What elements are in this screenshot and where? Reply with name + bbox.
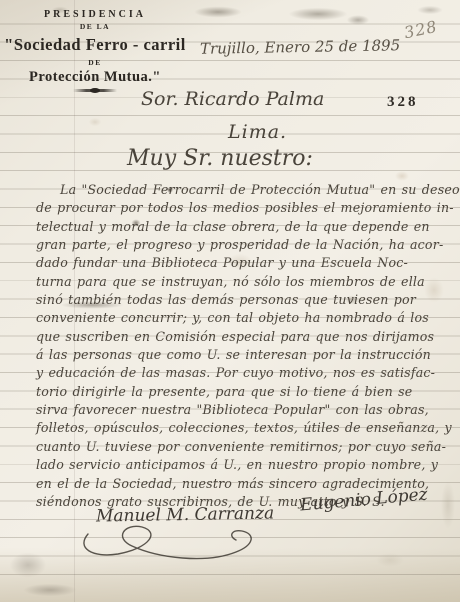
body-line: y educación de las masas. Por cuyo motiv…: [36, 364, 454, 382]
stamp-page-number: 328: [387, 94, 419, 111]
letter-body: La "Sociedad Ferrocarril de Protección M…: [36, 181, 454, 511]
body-line: cuanto U. tuviese por conveniente remiti…: [36, 438, 454, 456]
body-line: conveniente concurrir; y, con tal objeto…: [36, 309, 454, 327]
body-line: á las personas que como U. se interesan …: [36, 346, 454, 364]
body-line: de procurar por todos los medios posible…: [36, 199, 454, 217]
letterhead-line-de-la: DE LA: [4, 22, 186, 31]
body-line: que suscriben en Comisión especial para …: [36, 328, 454, 346]
letterhead-line-de: DE: [4, 58, 186, 67]
pencil-page-number: 328: [402, 17, 439, 43]
body-line: sirva favorecer nuestra "Biblioteca Popu…: [36, 401, 454, 419]
letterhead-line-sociedad: "Sociedad Ferro - carril: [4, 35, 186, 55]
body-line: gran parte, el progreso y prosperidad de…: [36, 236, 454, 254]
body-line: torio dirigirle la presente, para que si…: [36, 383, 454, 401]
body-line: folletos, opúsculos, colecciones, textos…: [36, 419, 454, 437]
body-line: sinó también todas las demás personas qu…: [36, 291, 454, 309]
ornament-divider: [73, 89, 117, 92]
letterhead-line-presidencia: PRESIDENCIA: [4, 9, 186, 20]
letterhead: PRESIDENCIA DE LA "Sociedad Ferro - carr…: [4, 9, 186, 92]
signature-flourish-icon: [78, 518, 268, 566]
letter-page: PRESIDENCIA DE LA "Sociedad Ferro - carr…: [0, 0, 460, 602]
recipient-name: Sor. Ricardo Palma: [141, 88, 324, 110]
body-line: turna para que se instruyan, nó sólo los…: [36, 273, 454, 291]
salutation: Muy Sr. nuestro:: [127, 146, 313, 171]
body-line: dado fundar una Biblioteca Popular y una…: [36, 254, 454, 272]
body-line: La "Sociedad Ferrocarril de Protección M…: [36, 181, 454, 199]
body-line: telectual y moral de la clase obrera, de…: [36, 218, 454, 236]
recipient-city: Lima.: [228, 121, 287, 143]
dateline: Trujillo, Enero 25 de 1895: [200, 36, 400, 57]
body-line: lado servicio anticipamos á U., en nuest…: [36, 456, 454, 474]
letterhead-line-proteccion: Protección Mutua.": [4, 69, 186, 86]
